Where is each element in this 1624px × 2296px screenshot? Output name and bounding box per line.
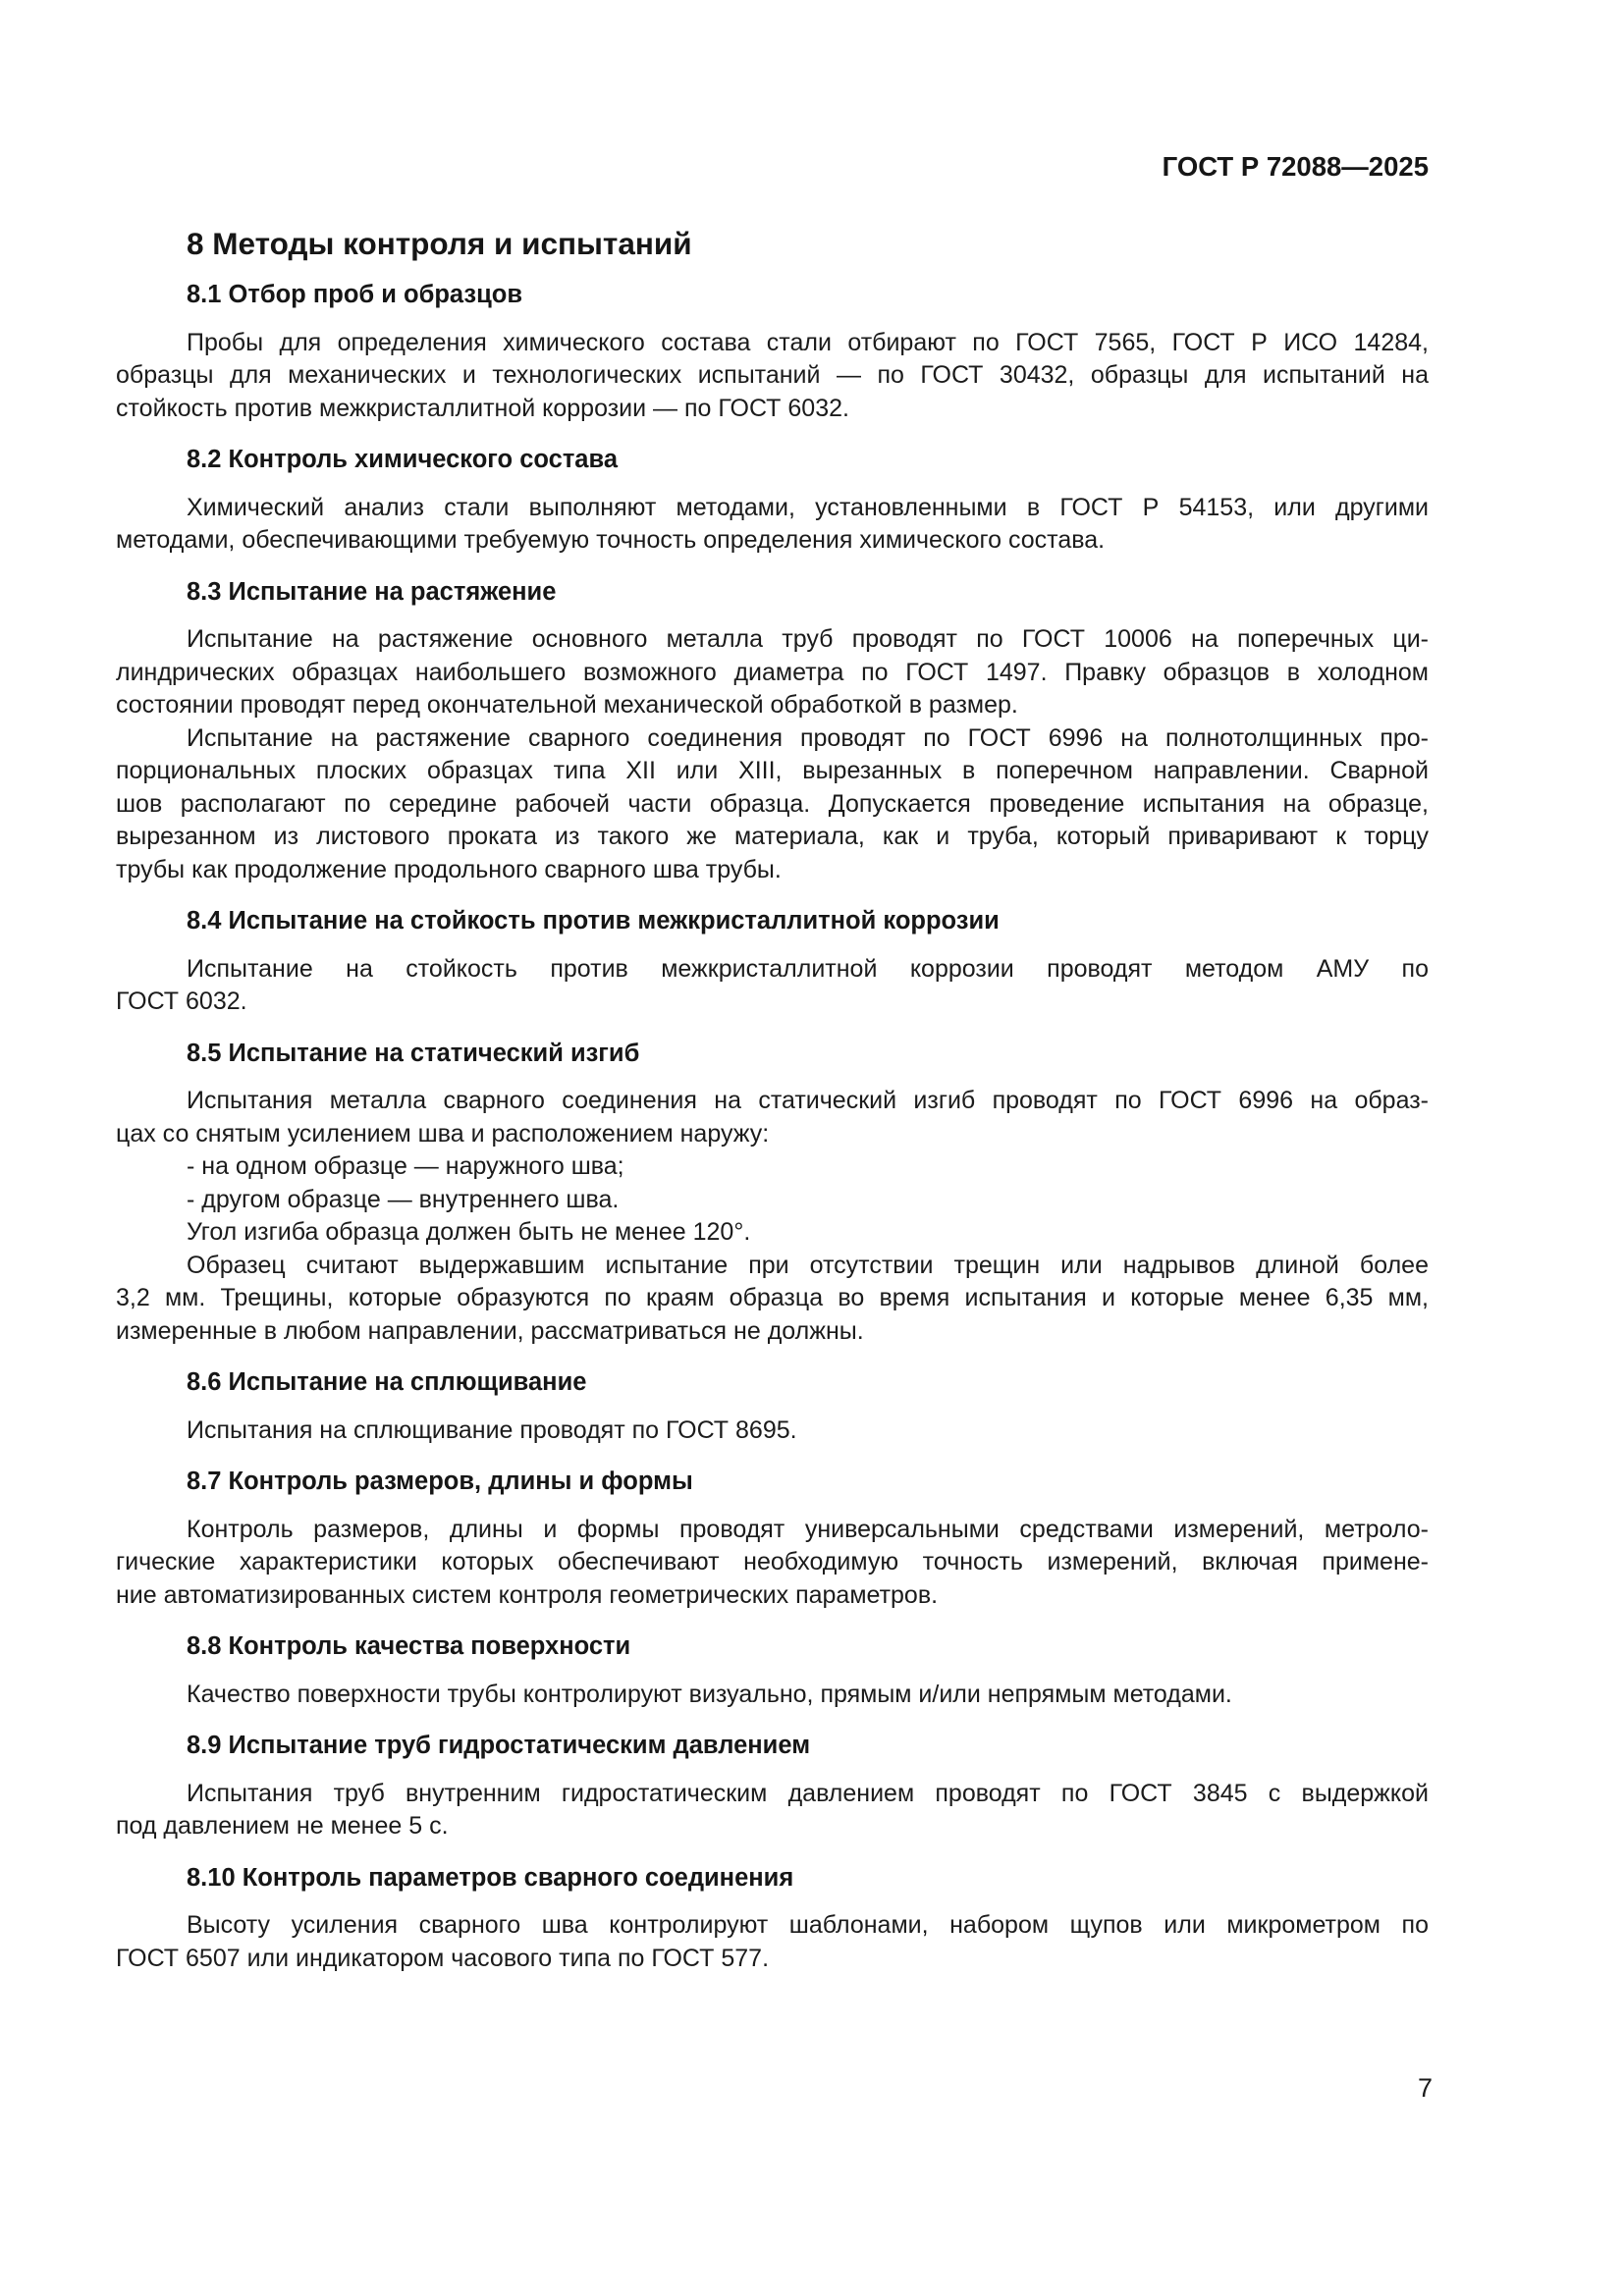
paragraph: Испытания на сплющивание проводят по ГОС… <box>116 1415 1429 1448</box>
paragraph: Испытание на растяжение основного металл… <box>116 623 1429 722</box>
text-line: гические характеристики которых обеспечи… <box>116 1546 1429 1579</box>
paragraph: Контроль размеров, длины и формы проводя… <box>116 1514 1429 1613</box>
chapter-title: 8 Методы контроля и испытаний <box>187 224 1429 263</box>
text-line: Химический анализ стали выполняют метода… <box>116 492 1429 525</box>
text-line: Контроль размеров, длины и формы проводя… <box>116 1514 1429 1547</box>
paragraph: Испытания металла сварного соединения на… <box>116 1085 1429 1150</box>
section-title: 8.1 Отбор проб и образцов <box>187 279 1429 312</box>
text-line: - на одном образце — наружного шва; <box>116 1150 1429 1184</box>
section-title: 8.5 Испытание на статический изгиб <box>187 1038 1429 1071</box>
text-line: Испытание на растяжение основного металл… <box>116 623 1429 657</box>
section-1: 8.1 Отбор проб и образцовПробы для опред… <box>116 279 1429 425</box>
text-line: Угол изгиба образца должен быть не менее… <box>116 1216 1429 1250</box>
text-line: Испытание на стойкость против межкристал… <box>116 953 1429 987</box>
text-line: трубы как продолжение продольного сварно… <box>116 854 1429 887</box>
text-line: 3,2 мм. Трещины, которые образуются по к… <box>116 1282 1429 1315</box>
text-line: стойкость против межкристаллитной корроз… <box>116 393 1429 426</box>
paragraph: Образец считают выдержавшим испытание пр… <box>116 1250 1429 1349</box>
text-line: Качество поверхности трубы контролируют … <box>116 1679 1429 1712</box>
text-line: ГОСТ 6507 или индикатором часового типа … <box>116 1943 1429 1976</box>
section-title: 8.4 Испытание на стойкость против межкри… <box>187 905 1429 938</box>
text-line: шов располагают по середине рабочей част… <box>116 788 1429 822</box>
section-title: 8.2 Контроль химического состава <box>187 444 1429 477</box>
paragraph: Испытание на стойкость против межкристал… <box>116 953 1429 1019</box>
section-title: 8.7 Контроль размеров, длины и формы <box>187 1466 1429 1499</box>
text-line: образцы для механических и технологическ… <box>116 359 1429 393</box>
section-3: 8.3 Испытание на растяжениеИспытание на … <box>116 576 1429 887</box>
section-8: 8.8 Контроль качества поверхностиКачеств… <box>116 1630 1429 1711</box>
text-line: измеренные в любом направлении, рассматр… <box>116 1315 1429 1349</box>
paragraph: Испытание на растяжение сварного соедине… <box>116 722 1429 887</box>
text-line: вырезанном из листового проката из таког… <box>116 821 1429 854</box>
paragraph: Испытания труб внутренним гидростатическ… <box>116 1778 1429 1843</box>
section-2: 8.2 Контроль химического составаХимическ… <box>116 444 1429 558</box>
text-line: ГОСТ 6032. <box>116 986 1429 1019</box>
text-line: Испытания на сплющивание проводят по ГОС… <box>116 1415 1429 1448</box>
section-7: 8.7 Контроль размеров, длины и формыКонт… <box>116 1466 1429 1612</box>
section-4: 8.4 Испытание на стойкость против межкри… <box>116 905 1429 1019</box>
paragraph: Пробы для определения химического состав… <box>116 327 1429 426</box>
document-header-id: ГОСТ Р 72088—2025 <box>1163 150 1429 184</box>
paragraph: Угол изгиба образца должен быть не менее… <box>116 1216 1429 1250</box>
text-line: Пробы для определения химического состав… <box>116 327 1429 360</box>
text-line: цах со снятым усилением шва и расположен… <box>116 1118 1429 1151</box>
section-title: 8.3 Испытание на растяжение <box>187 576 1429 610</box>
section-title: 8.9 Испытание труб гидростатическим давл… <box>187 1730 1429 1763</box>
text-line: Образец считают выдержавшим испытание пр… <box>116 1250 1429 1283</box>
section-5: 8.5 Испытание на статический изгибИспыта… <box>116 1038 1429 1349</box>
section-title: 8.10 Контроль параметров сварного соедин… <box>187 1862 1429 1896</box>
text-line: - другом образце — внутреннего шва. <box>116 1184 1429 1217</box>
page-number: 7 <box>1418 2073 1433 2103</box>
section-9: 8.9 Испытание труб гидростатическим давл… <box>116 1730 1429 1843</box>
section-title: 8.6 Испытание на сплющивание <box>187 1366 1429 1400</box>
text-line: состоянии проводят перед окончательной м… <box>116 689 1429 722</box>
section-title: 8.8 Контроль качества поверхности <box>187 1630 1429 1664</box>
text-line: под давлением не менее 5 с. <box>116 1810 1429 1843</box>
page-content: 8 Методы контроля и испытаний 8.1 Отбор … <box>116 224 1429 1975</box>
sections-container: 8.1 Отбор проб и образцовПробы для опред… <box>116 279 1429 1975</box>
text-line: Испытание на растяжение сварного соедине… <box>116 722 1429 756</box>
text-line: методами, обеспечивающими требуемую точн… <box>116 524 1429 558</box>
paragraph: Высоту усиления сварного шва контролирую… <box>116 1909 1429 1975</box>
paragraph: Качество поверхности трубы контролируют … <box>116 1679 1429 1712</box>
paragraph: - другом образце — внутреннего шва. <box>116 1184 1429 1217</box>
text-line: ние автоматизированных систем контроля г… <box>116 1579 1429 1613</box>
paragraph: - на одном образце — наружного шва; <box>116 1150 1429 1184</box>
section-10: 8.10 Контроль параметров сварного соедин… <box>116 1862 1429 1976</box>
text-line: порциональных плоских образцах типа XII … <box>116 755 1429 788</box>
text-line: Испытания труб внутренним гидростатическ… <box>116 1778 1429 1811</box>
text-line: Высоту усиления сварного шва контролирую… <box>116 1909 1429 1943</box>
paragraph: Химический анализ стали выполняют метода… <box>116 492 1429 558</box>
text-line: Испытания металла сварного соединения на… <box>116 1085 1429 1118</box>
text-line: линдрических образцах наибольшего возмож… <box>116 657 1429 690</box>
section-6: 8.6 Испытание на сплющиваниеИспытания на… <box>116 1366 1429 1447</box>
